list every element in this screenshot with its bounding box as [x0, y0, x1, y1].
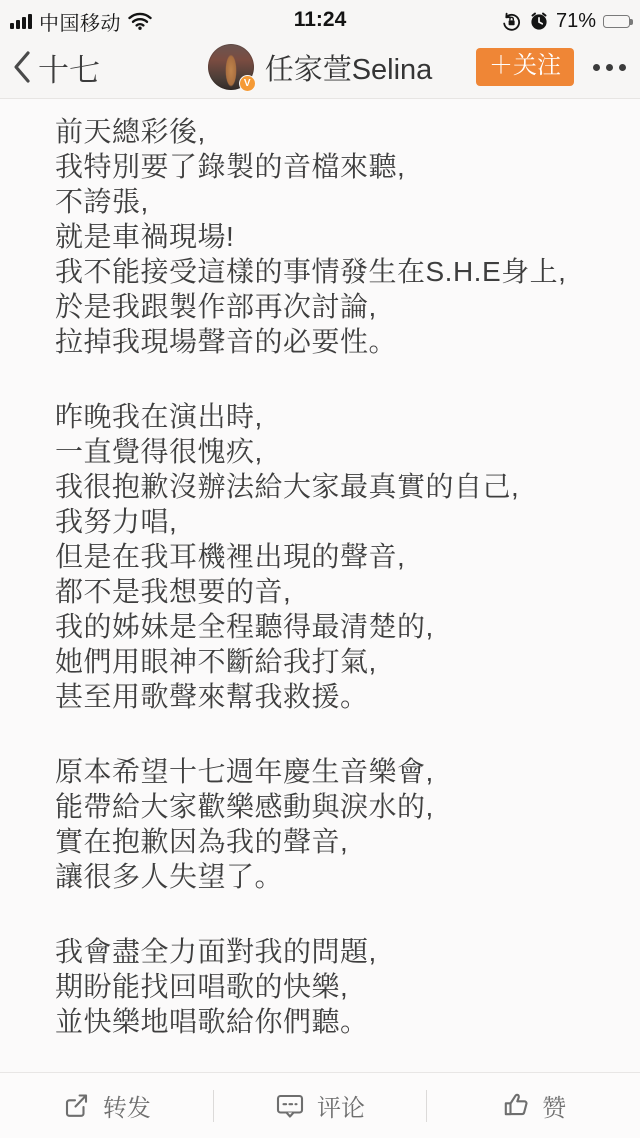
- post-paragraph: 我會盡全力面對我的問題,期盼能找回唱歌的快樂,並快樂地唱歌給你們聽。: [55, 934, 612, 1039]
- post-paragraph: 原本希望十七週年慶生音樂會,能帶給大家歡樂感動與淚水的,實在抱歉因為我的聲音,讓…: [55, 754, 612, 894]
- back-button[interactable]: 十七: [12, 36, 100, 98]
- verified-badge: V: [239, 75, 256, 92]
- back-label: 十七: [38, 45, 100, 90]
- post-line: 我的姊妹是全程聽得最清楚的,: [55, 611, 434, 642]
- battery-icon: [603, 15, 630, 28]
- post-line: 我很抱歉沒辦法給大家最真實的自己,: [55, 471, 519, 502]
- post-line: 不誇張,: [55, 186, 149, 217]
- post-body: 前天總彩後,我特別要了錄製的音檔來聽,不誇張,就是車禍現場!我不能接受這樣的事情…: [0, 99, 640, 1039]
- post-line: 實在抱歉因為我的聲音,: [55, 826, 348, 857]
- avatar[interactable]: V: [208, 44, 254, 90]
- post-line: 昨晚我在演出時,: [55, 401, 263, 432]
- post-line: 我會盡全力面對我的問題,: [55, 936, 377, 967]
- post-line: 一直覺得很愧疚,: [55, 436, 263, 467]
- post-line: 都不是我想要的音,: [55, 576, 291, 607]
- comment-label: 评论: [317, 1088, 365, 1123]
- post-line: 前天總彩後,: [55, 116, 206, 147]
- post-line: 於是我跟製作部再次討論,: [55, 291, 377, 322]
- more-button[interactable]: [591, 58, 628, 77]
- post-line: 讓很多人失望了。: [55, 861, 283, 892]
- post-line: 期盼能找回唱歌的快樂,: [55, 971, 348, 1002]
- like-icon: [501, 1091, 530, 1120]
- header-area: 中国移动 11:24: [0, 0, 640, 99]
- post-line: 我不能接受這樣的事情發生在S.H.E身上,: [55, 256, 566, 287]
- status-bar: 中国移动 11:24: [0, 0, 640, 36]
- repost-button[interactable]: 转发: [0, 1073, 213, 1138]
- action-bar: 转发 评论 赞: [0, 1072, 640, 1138]
- post-paragraph: 前天總彩後,我特別要了錄製的音檔來聽,不誇張,就是車禍現場!我不能接受這樣的事情…: [55, 114, 612, 359]
- post-line: 拉掉我現場聲音的必要性。: [55, 326, 397, 357]
- comment-button[interactable]: 评论: [214, 1073, 427, 1138]
- post-line: 我特別要了錄製的音檔來聽,: [55, 151, 405, 182]
- post-line: 並快樂地唱歌給你們聽。: [55, 1006, 369, 1037]
- post-line: 但是在我耳機裡出現的聲音,: [55, 541, 405, 572]
- comment-icon: [275, 1092, 305, 1120]
- weibo-post-screen: 中国移动 11:24: [0, 0, 640, 1138]
- repost-icon: [62, 1091, 91, 1120]
- post-line: 就是車禍現場!: [55, 221, 234, 252]
- like-button[interactable]: 赞: [427, 1073, 640, 1138]
- follow-button[interactable]: ＋关注: [476, 48, 574, 86]
- like-label: 赞: [542, 1088, 566, 1123]
- back-chevron-icon: [12, 50, 32, 84]
- nav-bar: 十七 V 任家萱Selina ＋关注: [0, 36, 640, 98]
- user-name: 任家萱Selina: [265, 47, 433, 88]
- post-line: 原本希望十七週年慶生音樂會,: [55, 756, 434, 787]
- post-paragraph: 昨晚我在演出時,一直覺得很愧疚,我很抱歉沒辦法給大家最真實的自己,我努力唱,但是…: [55, 399, 612, 714]
- post-line: 能帶給大家歡樂感動與淚水的,: [55, 791, 434, 822]
- post-line: 她們用眼神不斷給我打氣,: [55, 646, 377, 677]
- nav-right: ＋关注: [476, 36, 628, 98]
- post-line: 甚至用歌聲來幫我救援。: [55, 681, 369, 712]
- status-time: 11:24: [0, 8, 640, 32]
- repost-label: 转发: [103, 1088, 151, 1123]
- post-line: 我努力唱,: [55, 506, 177, 537]
